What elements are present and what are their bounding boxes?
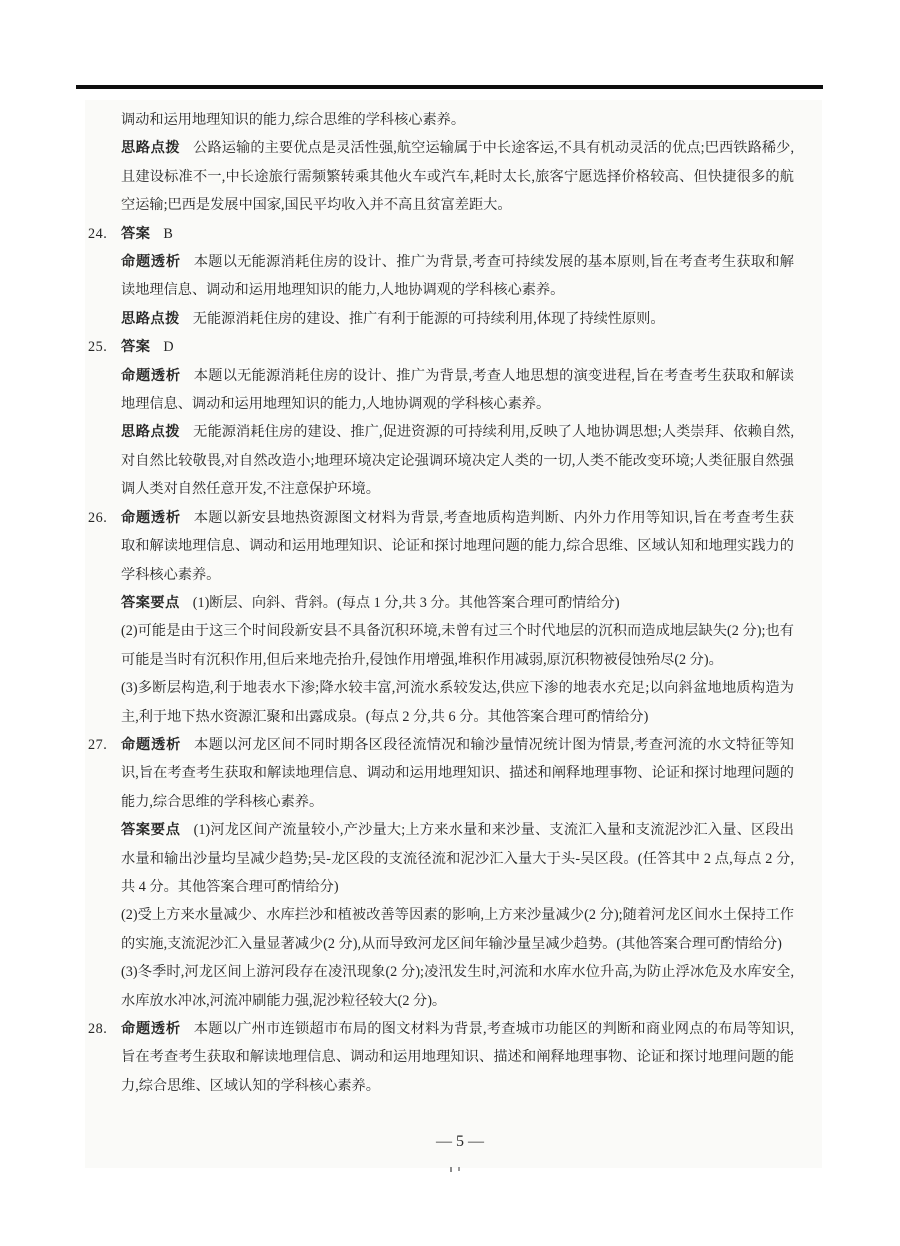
answer-block: 25.答案D [88, 333, 794, 361]
answer-block: (2)受上方来水量减少、水库拦沙和植被改善等因素的影响,上方来沙量减少(2 分)… [88, 901, 794, 958]
answer-text: (1)河龙区间产流量较小,产沙量大;上方来水量和来沙量、支流汇入量和支流泥沙汇入… [121, 822, 794, 895]
answer-text: D [163, 339, 173, 355]
answer-text: B [163, 226, 172, 242]
section-label: 答案 [121, 339, 150, 355]
section-label: 命题透析 [121, 510, 181, 526]
section-label: 思路点拨 [121, 311, 180, 327]
answer-key-content: 调动和运用地理知识的能力,综合思维的学科核心素养。 思路点拨公路运输的主要优点是… [88, 106, 794, 1100]
question-number: 25. [88, 333, 107, 361]
answer-text: 无能源消耗住房的建设、推广,促进资源的可持续利用,反映了人地协调思想;人类崇拜、… [121, 424, 794, 497]
answer-text: (2)受上方来水量减少、水库拦沙和植被改善等因素的影响,上方来沙量减少(2 分)… [121, 907, 794, 951]
section-label: 命题透析 [121, 1021, 181, 1037]
answer-text: 本题以广州市连锁超市布局的图文材料为背景,考查城市功能区的判断和商业网点的布局等… [121, 1021, 794, 1094]
section-label: 命题透析 [121, 368, 181, 384]
answer-text: 本题以无能源消耗住房的设计、推广为背景,考查可持续发展的基本原则,旨在考查考生获… [121, 254, 794, 298]
page-number: — 5 — [0, 1133, 900, 1151]
answer-text: 本题以无能源消耗住房的设计、推广为背景,考查人地思想的演变进程,旨在考查考生获取… [121, 368, 794, 412]
section-label: 答案要点 [121, 595, 180, 611]
answer-block: 28.命题透析本题以广州市连锁超市布局的图文材料为背景,考查城市功能区的判断和商… [88, 1015, 794, 1100]
section-label: 思路点拨 [121, 140, 180, 156]
answer-block: 调动和运用地理知识的能力,综合思维的学科核心素养。 [88, 106, 794, 134]
answer-block: 答案要点(1)断层、向斜、背斜。(每点 1 分,共 3 分。其他答案合理可酌情给… [88, 589, 794, 617]
scan-artifact [450, 1167, 462, 1173]
answer-text: 本题以河龙区间不同时期各区段径流情况和输沙量情况统计图为情景,考查河流的水文特征… [121, 737, 794, 810]
section-label: 命题透析 [121, 254, 181, 270]
answer-block: (2)可能是由于这三个时间段新安县不具备沉积环境,未曾有过三个时代地层的沉积而造… [88, 617, 794, 674]
answer-text: 调动和运用地理知识的能力,综合思维的学科核心素养。 [121, 112, 465, 128]
question-number: 24. [88, 220, 107, 248]
answer-block: 24.答案B [88, 220, 794, 248]
answer-block: 思路点拨无能源消耗住房的建设、推广有利于能源的可持续利用,体现了持续性原则。 [88, 305, 794, 333]
answer-block: 思路点拨无能源消耗住房的建设、推广,促进资源的可持续利用,反映了人地协调思想;人… [88, 418, 794, 503]
answer-block: 命题透析本题以无能源消耗住房的设计、推广为背景,考查可持续发展的基本原则,旨在考… [88, 248, 794, 305]
answer-block: 26.命题透析本题以新安县地热资源图文材料为背景,考查地质构造判断、内外力作用等… [88, 504, 794, 589]
answer-block: 27.命题透析本题以河龙区间不同时期各区段径流情况和输沙量情况统计图为情景,考查… [88, 731, 794, 816]
question-number: 28. [88, 1015, 107, 1043]
section-label: 思路点拨 [121, 424, 180, 440]
answer-text: (3)多断层构造,利于地表水下渗;降水较丰富,河流水系较发达,供应下渗的地表水充… [121, 680, 794, 724]
section-label: 答案 [121, 226, 150, 242]
question-number: 26. [88, 504, 107, 532]
answer-text: (3)冬季时,河龙区间上游河段存在凌汛现象(2 分);凌汛发生时,河流和水库水位… [121, 964, 794, 1008]
answer-text: 本题以新安县地热资源图文材料为背景,考查地质构造判断、内外力作用等知识,旨在考查… [121, 510, 794, 583]
question-number: 27. [88, 731, 107, 759]
answer-block: 答案要点(1)河龙区间产流量较小,产沙量大;上方来水量和来沙量、支流汇入量和支流… [88, 816, 794, 901]
answer-block: (3)冬季时,河龙区间上游河段存在凌汛现象(2 分);凌汛发生时,河流和水库水位… [88, 958, 794, 1015]
section-label: 命题透析 [121, 737, 181, 753]
section-label: 答案要点 [121, 822, 181, 838]
answer-text: 无能源消耗住房的建设、推广有利于能源的可持续利用,体现了持续性原则。 [193, 311, 665, 327]
answer-text: (1)断层、向斜、背斜。(每点 1 分,共 3 分。其他答案合理可酌情给分) [193, 595, 620, 611]
document-page: 调动和运用地理知识的能力,综合思维的学科核心素养。 思路点拨公路运输的主要优点是… [0, 0, 900, 1246]
answer-block: 思路点拨公路运输的主要优点是灵活性强,航空运输属于中长途客运,不具有机动灵活的优… [88, 134, 794, 219]
answer-text: (2)可能是由于这三个时间段新安县不具备沉积环境,未曾有过三个时代地层的沉积而造… [121, 623, 794, 667]
answer-text: 公路运输的主要优点是灵活性强,航空运输属于中长途客运,不具有机动灵活的优点;巴西… [121, 140, 794, 213]
header-rule [76, 85, 823, 89]
answer-block: 命题透析本题以无能源消耗住房的设计、推广为背景,考查人地思想的演变进程,旨在考查… [88, 362, 794, 419]
answer-block: (3)多断层构造,利于地表水下渗;降水较丰富,河流水系较发达,供应下渗的地表水充… [88, 674, 794, 731]
